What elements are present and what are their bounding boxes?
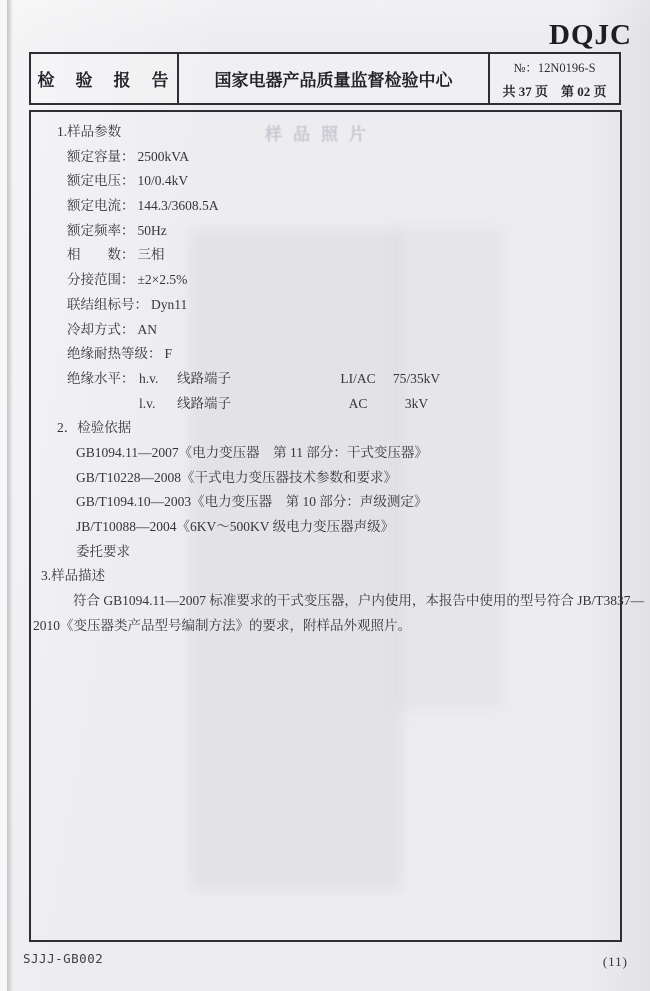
insulation-level-row-lv: l.v. 线路端子 AC 3kV [67,392,620,417]
param-row-phases: 相 数：三相 [67,243,620,268]
scan-edge-shadow [7,0,13,991]
standard-item: JB/T10088—2004《6KV～500KV 级电力变压器声级》 [76,515,620,540]
report-title: 检 验 报 告 [31,54,177,103]
param-value: 10/0.4kV [135,173,189,188]
insulation-level-label: 绝缘水平： [67,367,139,392]
dqjc-logo: DQJC [549,19,632,52]
standard-item: GB/T1094.10—2003《电力变压器 第 10 部分：声级测定》 [76,490,620,515]
param-value: Dyn11 [148,297,187,312]
param-row-current: 额定电流：144.3/3608.5A [67,194,620,219]
param-value: 144.3/3608.5A [135,198,219,213]
page-number: (11) [603,954,628,970]
section1-title: 1.样品参数 [57,120,620,145]
report-number-label: №： [513,61,537,75]
terminal-type: 线路端子 [177,392,327,417]
insulation-level-row-hv: 绝缘水平： h.v. 线路端子 LI/AC 75/35kV [67,367,620,392]
terminal-type: 线路端子 [177,367,327,392]
winding-lv: l.v. [139,392,177,417]
param-row-tapping-range: 分接范围：±2×2.5% [67,268,620,293]
param-label: 相 数： [67,247,135,262]
scan-edge-left [0,0,7,991]
report-number-value: 12N0196-S [538,61,596,75]
scanned-report-page: DQJC 检 验 报 告 国家电器产品质量监督检验中心 №：12N0196-S … [0,0,650,991]
param-label: 额定容量： [67,149,135,164]
winding-hv: h.v. [139,367,177,392]
param-row-voltage: 额定电压：10/0.4kV [67,169,620,194]
test-value: 75/35kV [389,367,444,392]
param-value: 50Hz [135,223,167,238]
page-info: 共 37 页 第 02 页 [502,81,606,100]
standard-item-entrust: 委托要求 [76,540,620,565]
param-label: 分接范围： [67,272,135,287]
param-label: 冷却方式： [67,322,135,337]
param-label: 绝缘耐热等级： [67,346,162,361]
param-row-frequency: 额定频率：50Hz [67,219,620,244]
param-row-capacity: 额定容量：2500kVA [67,145,620,170]
report-number: №：12N0196-S [513,58,595,76]
inspection-center-name: 国家电器产品质量监督检验中心 [177,54,490,103]
param-row-insulation-class: 绝缘耐热等级：F [67,342,620,367]
param-value: F [162,346,173,361]
standard-item: GB/T10228—2008《干式电力变压器技术参数和要求》 [76,466,620,491]
insulation-level-label-spacer [67,392,139,417]
param-label: 额定频率： [67,223,135,238]
param-label: 额定电流： [67,198,135,213]
param-value: 三相 [135,247,165,262]
param-row-vector-group: 联结组标号：Dyn11 [67,293,620,318]
param-label: 联结组标号： [67,297,148,312]
test-type: AC [327,392,389,417]
param-row-cooling: 冷却方式：AN [67,318,620,343]
report-body-frame: 样品照片 1.样品参数 额定容量：2500kVA 额定电压：10/0.4kV 额… [29,110,622,942]
param-value: AN [135,322,158,337]
test-value: 3kV [389,392,444,417]
section3-title: 3.样品描述 [41,564,620,589]
description-line-2: 2010《变压器类产品型号编制方法》的要求，附样品外观照片。 [33,614,620,639]
report-number-cell: №：12N0196-S 共 37 页 第 02 页 [490,54,619,103]
report-header-table: 检 验 报 告 国家电器产品质量监督检验中心 №：12N0196-S 共 37 … [29,52,621,105]
test-type: LI/AC [327,367,389,392]
standard-item: GB1094.11—2007《电力变压器 第 11 部分：干式变压器》 [76,441,620,466]
param-value: 2500kVA [135,149,190,164]
report-body: 1.样品参数 额定容量：2500kVA 额定电压：10/0.4kV 额定电流：1… [31,112,620,940]
param-label: 额定电压： [67,173,135,188]
description-line-1: 符合 GB1094.11—2007 标准要求的干式变压器，户内使用，本报告中使用… [33,589,620,614]
form-code: SJJJ-GB002 [23,951,103,966]
section2-title: 2．检验依据 [57,416,620,441]
param-value: ±2×2.5% [135,272,188,287]
